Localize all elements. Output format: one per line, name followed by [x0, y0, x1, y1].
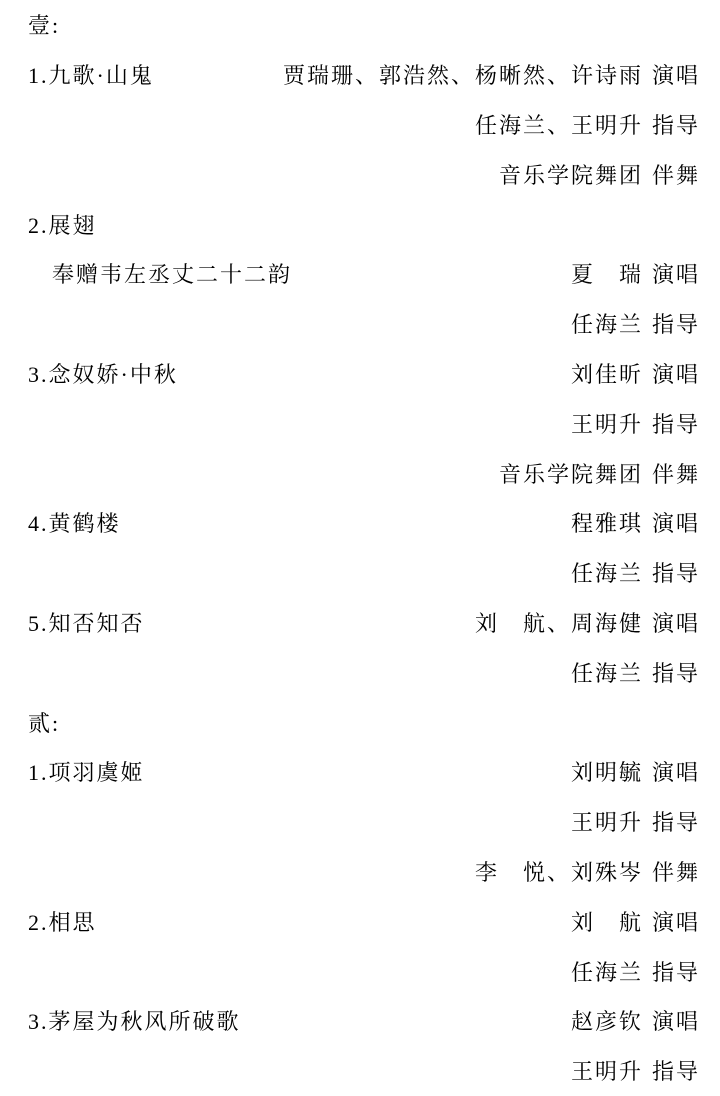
program-row: 音乐学院舞团 伴舞 — [28, 448, 700, 498]
credit-names: 音乐学院舞团 — [499, 458, 643, 489]
credit-names: 刘 航 — [571, 906, 643, 937]
credit-role: 指导 — [652, 956, 700, 987]
credit-role: 演唱 — [652, 756, 700, 787]
credit-names: 刘 航、周海健 — [475, 607, 643, 638]
program-row: 王明升 指导 — [28, 797, 700, 847]
program-row: 2.展翅 — [28, 199, 700, 249]
program-item-title: 1.项羽虞姬 — [28, 756, 145, 787]
credit-names: 夏 瑞 — [571, 258, 643, 289]
credit-block: 任海兰 指导 — [571, 557, 700, 588]
program-row: 音乐学院舞团 伴舞 — [28, 149, 700, 199]
credit-names: 任海兰、王明升 — [475, 109, 643, 140]
program-row: 任海兰 指导 — [28, 548, 700, 598]
program-row: 2.相思 刘 航 演唱 — [28, 896, 700, 946]
credit-names: 程雅琪 — [571, 507, 643, 538]
credit-names: 刘明毓 — [571, 756, 643, 787]
credit-block: 音乐学院舞团 伴舞 — [499, 458, 700, 489]
program-row: 任海兰、王明升 指导 — [28, 100, 700, 150]
credit-block: 刘明毓 演唱 — [571, 756, 700, 787]
credit-names: 任海兰 — [571, 308, 643, 339]
program-row: 奉赠韦左丞丈二十二韵 夏 瑞 演唱 — [28, 249, 700, 299]
credit-block: 王明升 指导 — [571, 806, 700, 837]
credit-names: 音乐学院舞团 — [499, 159, 643, 190]
credit-role: 指导 — [652, 806, 700, 837]
program-item-title: 4.黄鹤楼 — [28, 507, 121, 538]
program-row: 1.九歌·山鬼 贾瑞珊、郭浩然、杨晰然、许诗雨 演唱 — [28, 50, 700, 100]
program-row: 李 悦、刘殊岑 伴舞 — [28, 847, 700, 897]
credit-role: 演唱 — [652, 258, 700, 289]
program-item-title: 3.念奴娇·中秋 — [28, 358, 178, 389]
program-item-title: 贰: — [28, 707, 60, 738]
program-item-title: 1.九歌·山鬼 — [28, 59, 154, 90]
credit-role: 指导 — [652, 557, 700, 588]
credit-names: 赵彦钦 — [571, 1005, 643, 1036]
credit-role: 指导 — [652, 657, 700, 688]
credit-names: 王明升 — [571, 1055, 643, 1086]
credit-role: 演唱 — [652, 1005, 700, 1036]
program-row: 王明升 指导 — [28, 1046, 700, 1096]
program-row: 1.项羽虞姬 刘明毓 演唱 — [28, 747, 700, 797]
credit-names: 李 悦、刘殊岑 — [475, 856, 643, 887]
program-row: 贰: — [28, 697, 700, 747]
credit-role: 指导 — [652, 109, 700, 140]
credit-block: 任海兰、王明升 指导 — [475, 109, 700, 140]
credit-block: 王明升 指导 — [571, 1055, 700, 1086]
credit-block: 任海兰 指导 — [571, 956, 700, 987]
credit-role: 伴舞 — [652, 458, 700, 489]
credit-block: 刘佳昕 演唱 — [571, 358, 700, 389]
credit-role: 演唱 — [652, 358, 700, 389]
credit-block: 刘 航、周海健 演唱 — [475, 607, 700, 638]
credit-role: 指导 — [652, 1055, 700, 1086]
program-row: 3.茅屋为秋风所破歌 赵彦钦 演唱 — [28, 996, 700, 1046]
program-row: 任海兰 指导 — [28, 647, 700, 697]
credit-block: 程雅琪 演唱 — [571, 507, 700, 538]
program-item-title: 5.知否知否 — [28, 607, 145, 638]
credit-role: 演唱 — [652, 607, 700, 638]
program-item-title: 奉赠韦左丞丈二十二韵 — [28, 258, 292, 289]
program-item-title: 壹: — [28, 9, 60, 40]
credit-block: 夏 瑞 演唱 — [571, 258, 700, 289]
credit-block: 王明升 指导 — [571, 408, 700, 439]
credit-names: 刘佳昕 — [571, 358, 643, 389]
program-row: 壹: — [28, 0, 700, 50]
program-row: 5.知否知否 刘 航、周海健 演唱 — [28, 598, 700, 648]
credit-names: 任海兰 — [571, 657, 643, 688]
program-item-title: 3.茅屋为秋风所破歌 — [28, 1005, 241, 1036]
program-page: 壹: 1.九歌·山鬼 贾瑞珊、郭浩然、杨晰然、许诗雨 演唱 任海兰、王明升 指导… — [0, 0, 720, 1096]
credit-block: 贾瑞珊、郭浩然、杨晰然、许诗雨 演唱 — [283, 59, 700, 90]
program-item-title: 2.相思 — [28, 906, 97, 937]
program-row: 任海兰 指导 — [28, 299, 700, 349]
credit-names: 贾瑞珊、郭浩然、杨晰然、许诗雨 — [283, 59, 643, 90]
credit-block: 音乐学院舞团 伴舞 — [499, 159, 700, 190]
credit-names: 王明升 — [571, 408, 643, 439]
credit-role: 指导 — [652, 308, 700, 339]
credit-block: 任海兰 指导 — [571, 657, 700, 688]
credit-role: 指导 — [652, 408, 700, 439]
program-row: 4.黄鹤楼 程雅琪 演唱 — [28, 498, 700, 548]
credit-role: 演唱 — [652, 507, 700, 538]
credit-names: 王明升 — [571, 806, 643, 837]
credit-role: 伴舞 — [652, 856, 700, 887]
credit-names: 任海兰 — [571, 557, 643, 588]
program-row: 3.念奴娇·中秋 刘佳昕 演唱 — [28, 349, 700, 399]
program-item-title: 2.展翅 — [28, 209, 97, 240]
credit-block: 赵彦钦 演唱 — [571, 1005, 700, 1036]
credit-role: 伴舞 — [652, 159, 700, 190]
credit-block: 刘 航 演唱 — [571, 906, 700, 937]
program-row: 王明升 指导 — [28, 398, 700, 448]
credit-names: 任海兰 — [571, 956, 643, 987]
credit-role: 演唱 — [652, 59, 700, 90]
credit-block: 李 悦、刘殊岑 伴舞 — [475, 856, 700, 887]
program-row: 任海兰 指导 — [28, 946, 700, 996]
credit-block: 任海兰 指导 — [571, 308, 700, 339]
credit-role: 演唱 — [652, 906, 700, 937]
